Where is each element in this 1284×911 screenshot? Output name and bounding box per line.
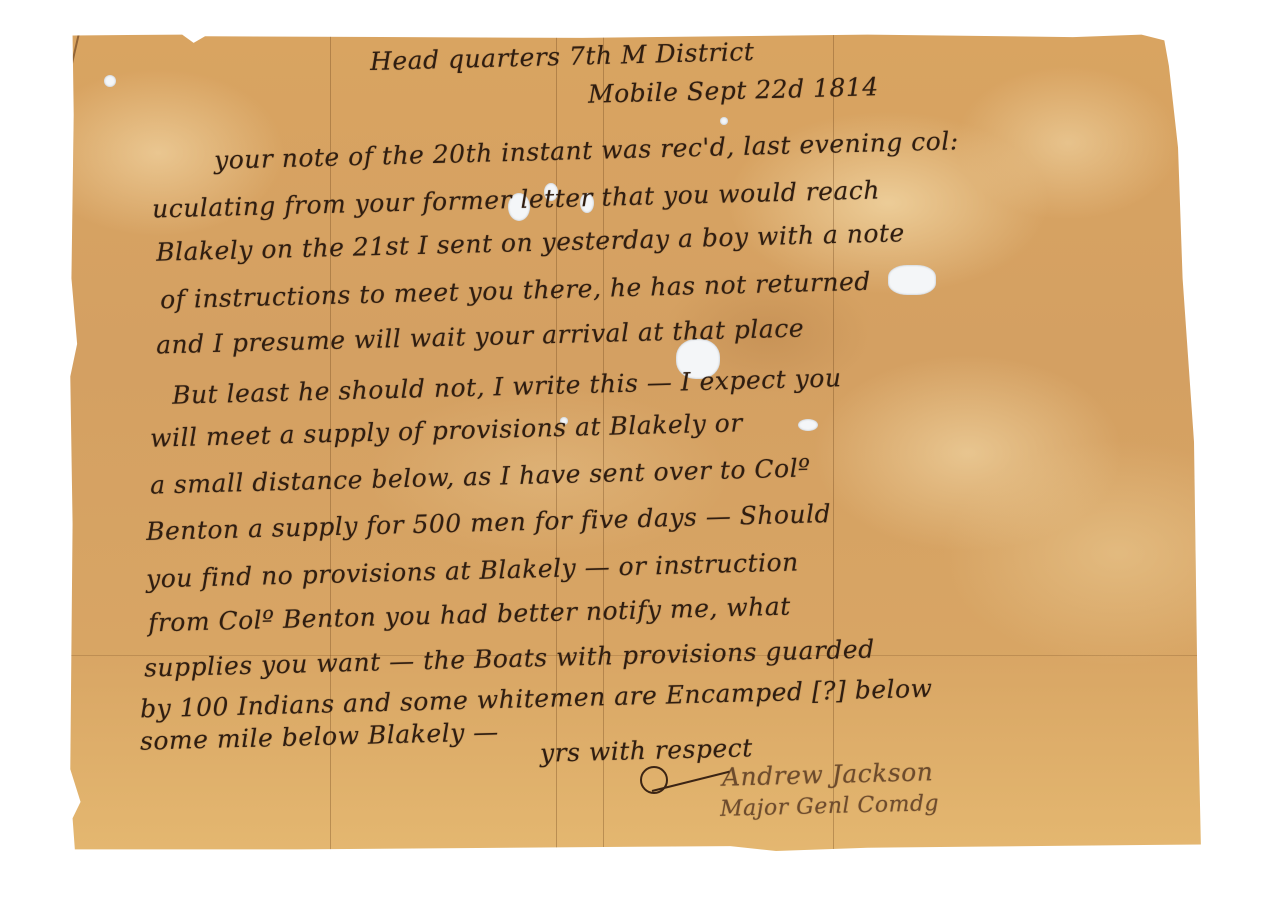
paper-hole xyxy=(104,75,116,87)
paper-hole xyxy=(720,117,728,125)
paper-hole xyxy=(798,419,818,431)
paper-hole xyxy=(888,265,936,295)
paper-tear xyxy=(0,33,80,452)
signature-name: Andrew Jackson xyxy=(722,757,934,792)
